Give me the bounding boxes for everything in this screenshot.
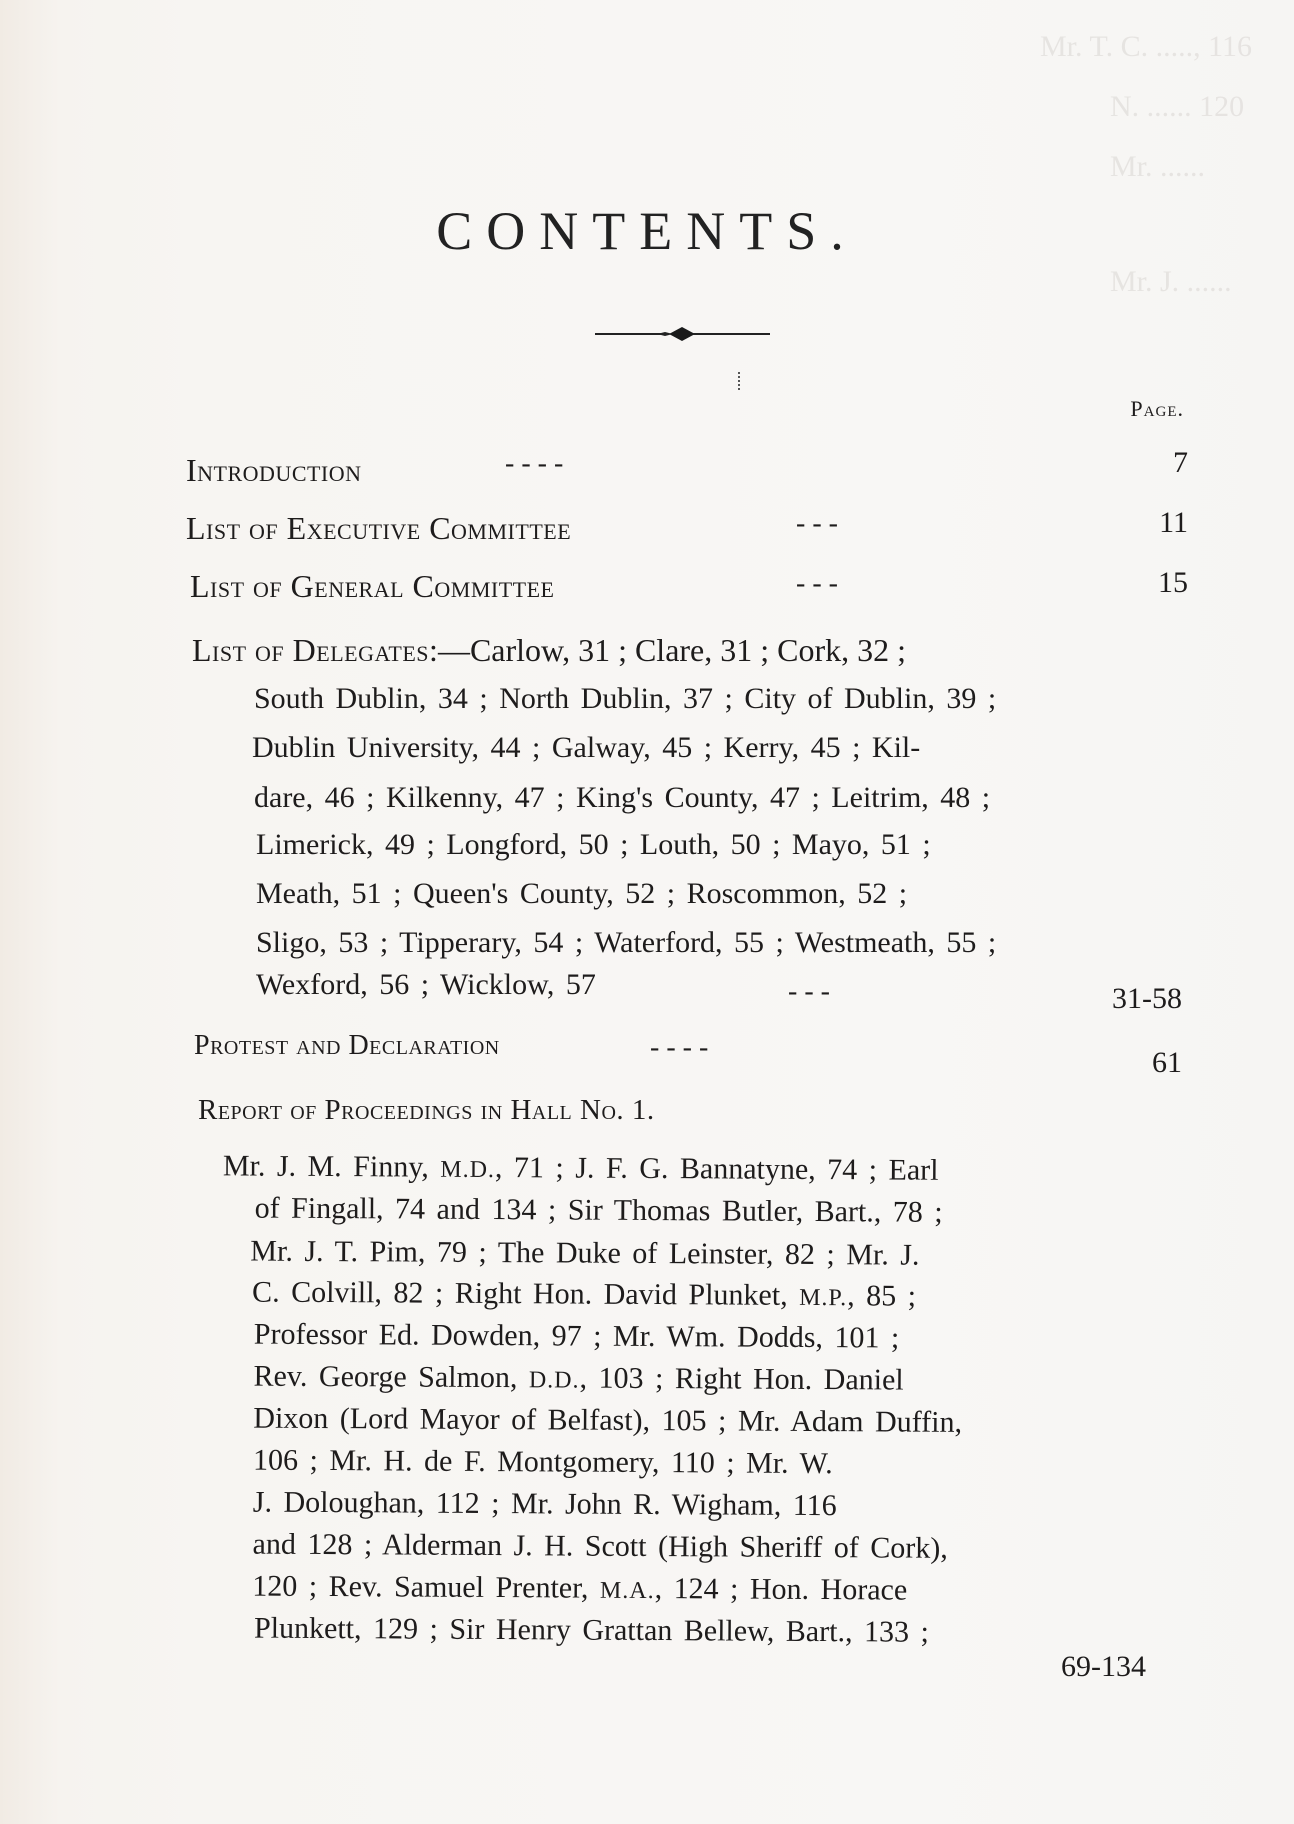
toc-entry-label: Protest and Declaration	[194, 1030, 500, 1062]
toc-entry-label: List of General Committee	[190, 568, 554, 605]
toc-entry-label: Report of Proceedings in Hall No. 1.	[198, 1094, 655, 1127]
leader-dots: - - - -	[505, 448, 563, 480]
toc-entry-page: 61	[1152, 1046, 1182, 1080]
report-line: Plunkett, 129 ; Sir Henry Grattan Bellew…	[254, 1612, 929, 1650]
bleed-through-text: N. ...... 120	[1110, 90, 1244, 124]
report-line: Mr. J. T. Pim, 79 ; The Duke of Leinster…	[250, 1235, 919, 1273]
toc-entry-page: 69-134	[1061, 1650, 1146, 1684]
delegates-first-line: List of Delegates:—Carlow, 31 ; Clare, 3…	[192, 632, 906, 669]
book-page: Mr. T. C. ....., 116 N. ...... 120 Mr. .…	[0, 0, 1294, 1824]
report-line: Mr. J. M. Finny, M.D., 71 ; J. F. G. Ban…	[223, 1149, 939, 1187]
report-line: C. Colvill, 82 ; Right Hon. David Plunke…	[252, 1276, 916, 1314]
report-line: Professor Ed. Dowden, 97 ; Mr. Wm. Dodds…	[254, 1318, 900, 1356]
toc-entry-label: List of Executive Committee	[186, 510, 571, 547]
report-line: J. Doloughan, 112 ; Mr. John R. Wigham, …	[253, 1486, 837, 1524]
ornament-divider-icon	[595, 326, 770, 342]
report-line: 106 ; Mr. H. de F. Montgomery, 110 ; Mr.…	[253, 1444, 833, 1482]
toc-entry-page: 31-58	[1112, 982, 1182, 1016]
delegates-line: South Dublin, 34 ; North Dublin, 37 ; Ci…	[254, 682, 996, 716]
report-line: 120 ; Rev. Samuel Prenter, M.A., 124 ; H…	[252, 1570, 907, 1608]
delegates-line: Wexford, 56 ; Wicklow, 57	[256, 968, 596, 1002]
delegates-line: Limerick, 49 ; Longford, 50 ; Louth, 50 …	[256, 828, 931, 862]
delegates-line: dare, 46 ; Kilkenny, 47 ; King's County,…	[254, 781, 990, 815]
toc-entry-label: List of Delegates	[192, 632, 429, 668]
delegates-line: Sligo, 53 ; Tipperary, 54 ; Waterford, 5…	[256, 926, 996, 960]
leader-dots: - - - -	[650, 1032, 708, 1064]
leader-dots: - - -	[788, 976, 830, 1008]
toc-entry-label: Introduction	[186, 452, 362, 489]
report-line: Dixon (Lord Mayor of Belfast), 105 ; Mr.…	[253, 1402, 962, 1440]
report-line: and 128 ; Alderman J. H. Scott (High She…	[252, 1528, 947, 1566]
page-title: CONTENTS.	[0, 200, 1294, 262]
toc-entry-page: 15	[1158, 566, 1188, 600]
bleed-through-text: Mr. T. C. ....., 116	[1040, 30, 1252, 64]
leader-dots: - - -	[796, 568, 838, 600]
bleed-through-text: Mr. J. ......	[1110, 265, 1232, 299]
page-column-header: Page.	[1130, 396, 1184, 422]
delegates-line: :—Carlow, 31 ; Clare, 31 ; Cork, 32 ;	[429, 632, 906, 668]
leader-dots: - - -	[796, 508, 838, 540]
toc-entry-page: 11	[1159, 506, 1188, 540]
bleed-through-text: Mr. ......	[1110, 150, 1205, 184]
stray-mark	[738, 372, 743, 390]
delegates-line: Meath, 51 ; Queen's County, 52 ; Roscomm…	[256, 877, 907, 911]
report-line: Rev. George Salmon, D.D., 103 ; Right Ho…	[253, 1360, 903, 1398]
report-line: of Fingall, 74 and 134 ; Sir Thomas Butl…	[255, 1192, 943, 1230]
toc-entry-page: 7	[1173, 446, 1188, 480]
delegates-line: Dublin University, 44 ; Galway, 45 ; Ker…	[252, 731, 920, 765]
